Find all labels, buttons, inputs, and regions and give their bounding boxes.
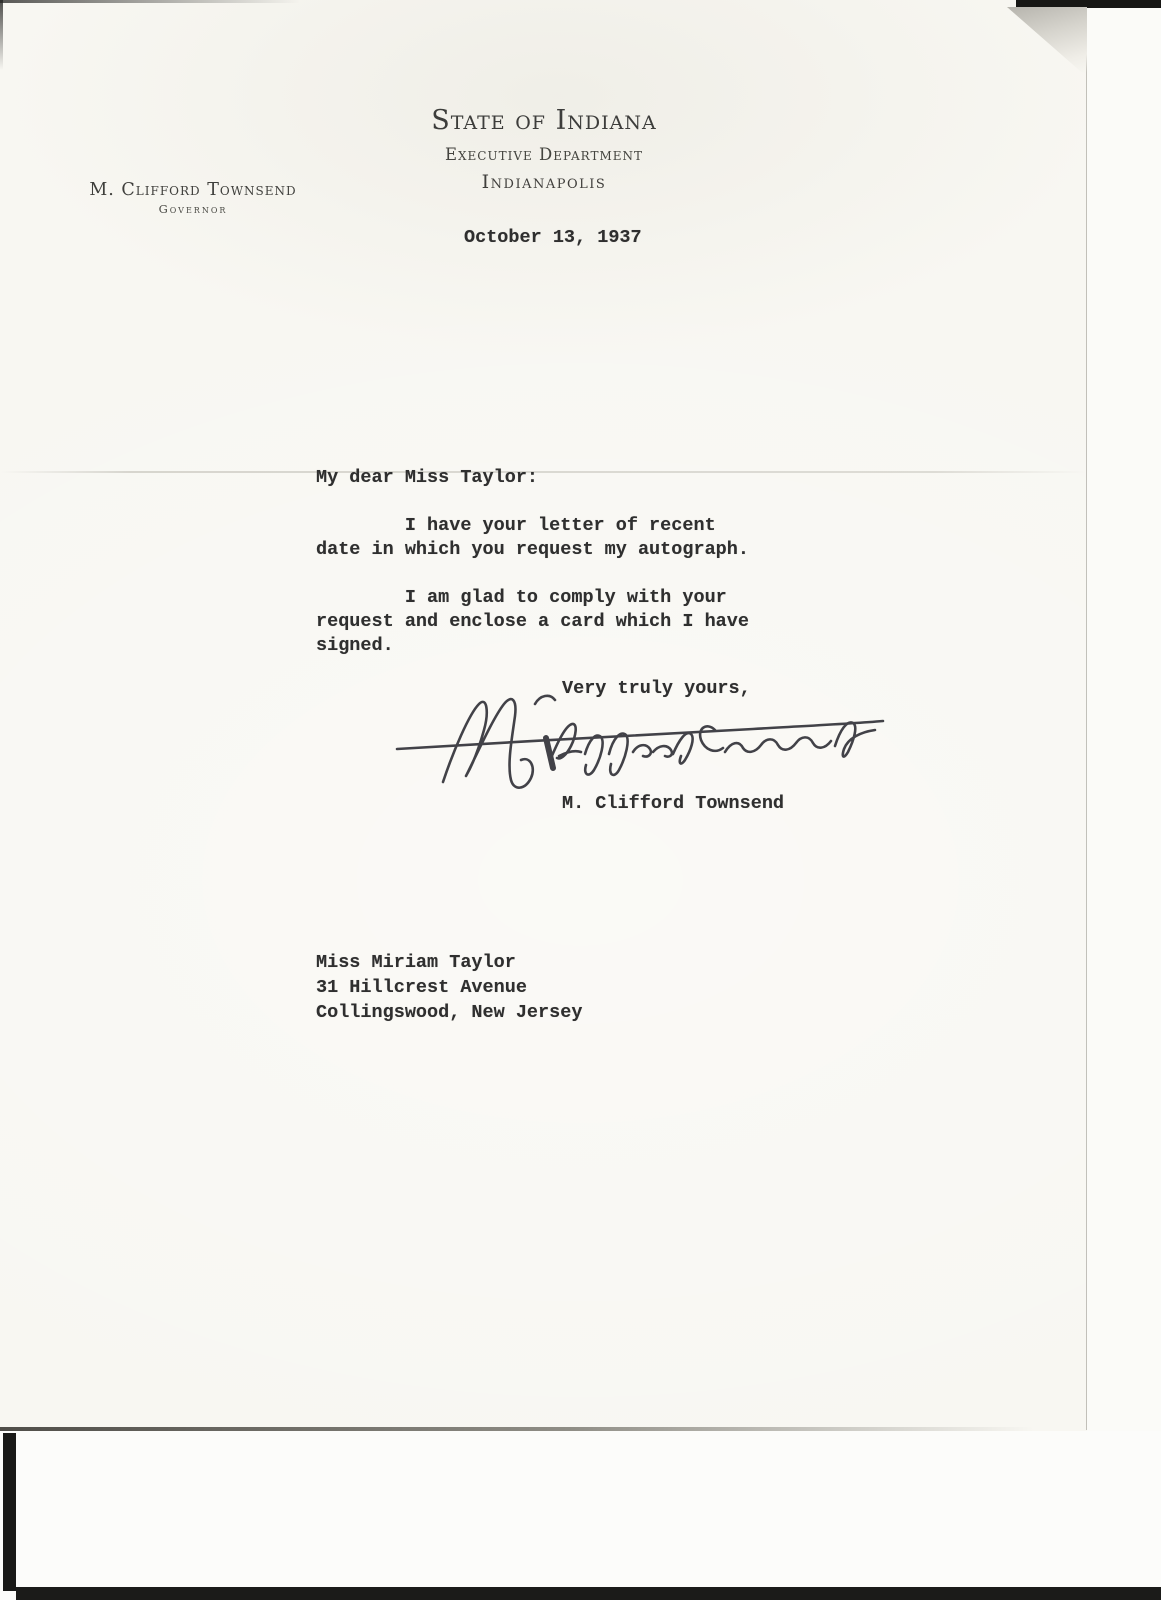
letterhead-department: Executive Department xyxy=(194,145,894,164)
paper-right-edge xyxy=(1086,6,1087,1430)
scan-bottom-left-dark-bar xyxy=(3,1433,16,1591)
letterhead-official-block: M. Clifford Townsend Governor xyxy=(43,180,343,216)
governor-name: M. Clifford Townsend xyxy=(43,180,343,200)
scan-top-edge-shadow xyxy=(0,0,300,3)
signature-pen-mark xyxy=(535,696,555,704)
scanned-letter-page: State of Indiana Executive Department In… xyxy=(0,0,1161,1600)
letter-date: October 13, 1937 xyxy=(464,227,642,248)
paper-corner-fold xyxy=(1007,7,1087,77)
letterhead-state: State of Indiana xyxy=(194,106,894,136)
recipient-address: Miss Miriam Taylor 31 Hillcrest Avenue C… xyxy=(316,950,582,1025)
signature-autograph xyxy=(393,690,893,795)
scanner-background-strip xyxy=(1087,8,1161,1431)
governor-title: Governor xyxy=(43,203,343,216)
scan-bottom-dark-bar xyxy=(16,1587,1161,1600)
scan-top-dark-bar xyxy=(1016,0,1161,8)
typed-signature-name: M. Clifford Townsend xyxy=(562,793,784,814)
letter-body: My dear Miss Taylor: I have your letter … xyxy=(316,466,749,658)
scan-left-edge-shadow xyxy=(0,0,3,70)
backing-sheet xyxy=(0,1431,1161,1600)
signature-clifford xyxy=(551,724,693,775)
